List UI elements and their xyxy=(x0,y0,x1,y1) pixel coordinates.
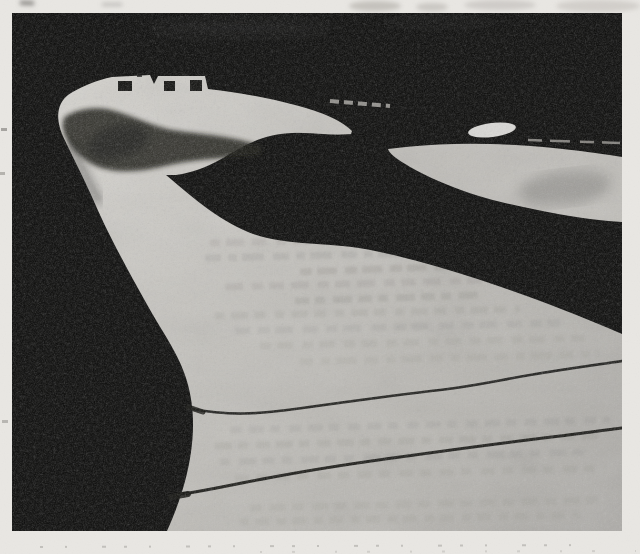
halftone-grain-coarse xyxy=(12,13,622,531)
newspaper-page: Black-and-white halftone newspaper photo… xyxy=(0,0,640,554)
photo-frame xyxy=(12,13,625,535)
halftone-photo xyxy=(0,0,640,554)
